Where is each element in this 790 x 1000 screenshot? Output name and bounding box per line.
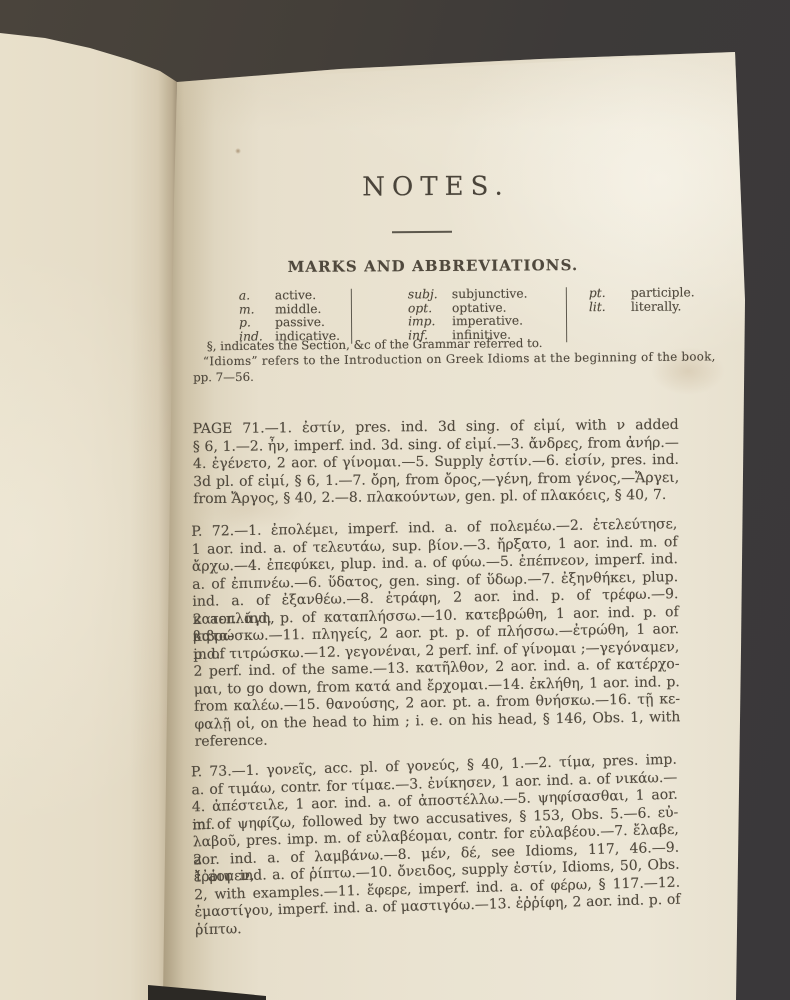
abbreviation-term: subjunctive.	[452, 288, 528, 302]
abbreviation: m.	[239, 303, 275, 317]
abbreviation: a.	[239, 289, 275, 303]
notes-paragraph-page-71: PAGE 71.—1. ἐστίν, pres. ind. 3d sing. o…	[193, 417, 680, 509]
abbreviation: pt.	[589, 287, 631, 301]
page-title: NOTES.	[193, 171, 672, 204]
book-photo: NOTES. MARKS AND ABBREVIATIONS. a. activ…	[0, 0, 790, 1000]
section-heading: MARKS AND ABBREVIATIONS.	[193, 256, 673, 277]
notes-paragraph-page-73: P. 73.—1. γονεῖς, acc. pl. of γονεύς, § …	[191, 752, 681, 940]
abbreviation: p.	[239, 317, 275, 331]
abbreviation: lit.	[589, 300, 631, 314]
page-content: NOTES. MARKS AND ABBREVIATIONS. a. activ…	[193, 0, 679, 1000]
abbreviation-term: active.	[275, 289, 316, 303]
title-divider	[392, 231, 452, 234]
abbreviation: subj.	[408, 288, 452, 302]
marks-footnote: §, indicates the Section, &c of the Gram…	[193, 335, 687, 386]
abbreviation-row: lit. literally.	[589, 300, 695, 314]
abbreviations-column-1: a. active. m. middle. p. passive. i	[239, 289, 351, 345]
abbreviation-term: imperative.	[452, 315, 523, 329]
text-line: from Ἄργος, § 40, 2.—8. πλακούντων, gen.…	[193, 487, 679, 509]
notes-paragraph-page-72: P. 72.—1. ἐπολέμει, imperf. ind. a. of π…	[191, 516, 681, 751]
abbreviation: imp.	[408, 315, 452, 329]
abbreviation-term: passive.	[275, 316, 325, 330]
abbreviation-term: participle.	[631, 286, 695, 300]
abbreviation-term: literally.	[631, 300, 681, 314]
abbreviation-row: a. active.	[239, 289, 351, 303]
abbreviation-row: subj. subjunctive.	[408, 287, 566, 302]
